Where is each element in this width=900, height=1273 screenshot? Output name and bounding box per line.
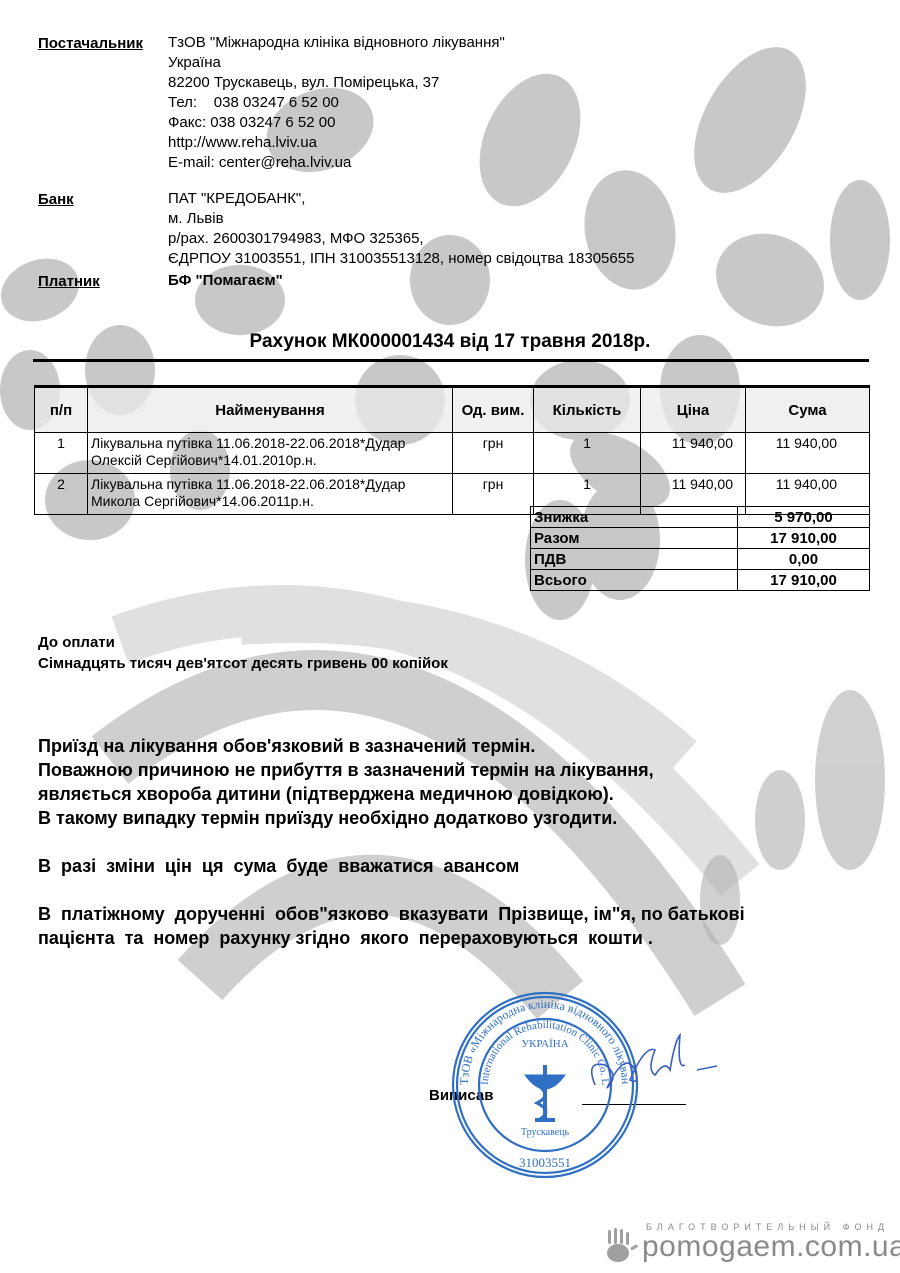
- note-line: В платіжному дорученні обов"язково вказу…: [38, 902, 745, 926]
- col-header-price: Ціна: [641, 387, 746, 433]
- items-table: п/п Найменування Од. вим. Кількість Ціна…: [34, 385, 870, 515]
- note-line: пацієнта та номер рахунку згідно якого п…: [38, 926, 745, 950]
- row-quantity: 1: [534, 433, 641, 474]
- note-advance: В разі зміни цін ця сума буде вважатися …: [38, 854, 745, 878]
- stamp-city: Трускавець: [521, 1127, 570, 1138]
- notes-block: Приїзд на лікування обов'язковий в зазна…: [38, 734, 745, 950]
- note-line: В такому випадку термін приїзду необхідн…: [38, 806, 745, 830]
- hand-logo-icon: [600, 1226, 640, 1266]
- total-label: Разом: [531, 528, 738, 549]
- signature-scribble: [585, 1030, 725, 1100]
- supplier-email[interactable]: E-mail: center@reha.lviv.ua: [168, 153, 505, 173]
- row-unit: грн: [453, 474, 534, 515]
- total-label: Знижка: [531, 507, 738, 528]
- col-header-quantity: Кількість: [534, 387, 641, 433]
- row-sum: 11 940,00: [746, 433, 870, 474]
- supplier-name: ТзОВ "Міжнародна клініка відновного ліку…: [168, 33, 505, 53]
- bowl-of-hygieia-icon: [525, 1065, 565, 1122]
- payment-amount-words: Сімнадцять тисяч дев'ятсот десять гривен…: [38, 653, 448, 674]
- total-label: Всього: [531, 570, 738, 591]
- total-row-grand: Всього 17 910,00: [531, 570, 870, 591]
- note-line: Поважною причиною не прибуття в зазначен…: [38, 758, 745, 782]
- payment-label: До оплати: [38, 632, 448, 653]
- stamp-code: 31003551: [519, 1155, 571, 1170]
- total-label: ПДВ: [531, 549, 738, 570]
- bank-name: ПАТ "КРЕДОБАНК",: [168, 189, 634, 209]
- total-row-vat: ПДВ 0,00: [531, 549, 870, 570]
- row-name: Лікувальна путівка 11.06.2018-22.06.2018…: [88, 474, 453, 515]
- payer-label: Платник: [38, 273, 100, 290]
- col-header-sum: Сума: [746, 387, 870, 433]
- bank-account: р/рах. 2600301794983, МФО 325365,: [168, 229, 634, 249]
- title-divider: [33, 359, 869, 362]
- supplier-country: Україна: [168, 53, 505, 73]
- row-number: 2: [35, 474, 88, 515]
- bank-details: ПАТ "КРЕДОБАНК", м. Львів р/рах. 2600301…: [168, 189, 634, 269]
- invoice-title: Рахунок МК000001434 від 17 травня 2018р.: [0, 331, 900, 353]
- note-line: Приїзд на лікування обов'язковий в зазна…: [38, 734, 745, 758]
- payer-value: БФ "Помагаєм": [168, 271, 283, 291]
- charity-website[interactable]: pomogaem.com.ua: [642, 1232, 900, 1262]
- totals-table: Знижка 5 970,00 Разом 17 910,00 ПДВ 0,00…: [530, 506, 870, 591]
- total-value: 17 910,00: [738, 570, 870, 591]
- row-name: Лікувальна путівка 11.06.2018-22.06.2018…: [88, 433, 453, 474]
- bank-city: м. Львів: [168, 209, 634, 229]
- payment-block: До оплати Сімнадцять тисяч дев'ятсот дес…: [38, 632, 448, 674]
- col-header-number: п/п: [35, 387, 88, 433]
- total-row-subtotal: Разом 17 910,00: [531, 528, 870, 549]
- row-number: 1: [35, 433, 88, 474]
- supplier-details: ТзОВ "Міжнародна клініка відновного ліку…: [168, 33, 505, 173]
- total-row-discount: Знижка 5 970,00: [531, 507, 870, 528]
- supplier-website[interactable]: http://www.reha.lviv.ua: [168, 133, 505, 153]
- supplier-fax: Факс: 038 03247 6 52 00: [168, 113, 505, 133]
- bank-label: Банк: [38, 191, 74, 208]
- total-value: 5 970,00: [738, 507, 870, 528]
- table-row: 1 Лікувальна путівка 11.06.2018-22.06.20…: [35, 433, 870, 474]
- total-value: 0,00: [738, 549, 870, 570]
- supplier-phone: Тел: 038 03247 6 52 00: [168, 93, 505, 113]
- stamp-country: УКРАЇНА: [521, 1038, 568, 1050]
- total-value: 17 910,00: [738, 528, 870, 549]
- table-header-row: п/п Найменування Од. вим. Кількість Ціна…: [35, 387, 870, 433]
- supplier-label: Постачальник: [38, 35, 143, 52]
- row-price: 11 940,00: [641, 433, 746, 474]
- row-unit: грн: [453, 433, 534, 474]
- supplier-address: 82200 Трускавець, вул. Помірецька, 37: [168, 73, 505, 93]
- bank-codes: ЄДРПОУ 31003551, ІПН 310035513128, номер…: [168, 249, 634, 269]
- charity-footer: БЛАГОТВОРИТЕЛЬНЫЙ ФОНД pomogaem.com.ua: [600, 1222, 900, 1262]
- col-header-unit: Од. вим.: [453, 387, 534, 433]
- note-line: являється хвороба дитини (підтверджена м…: [38, 782, 745, 806]
- col-header-name: Найменування: [88, 387, 453, 433]
